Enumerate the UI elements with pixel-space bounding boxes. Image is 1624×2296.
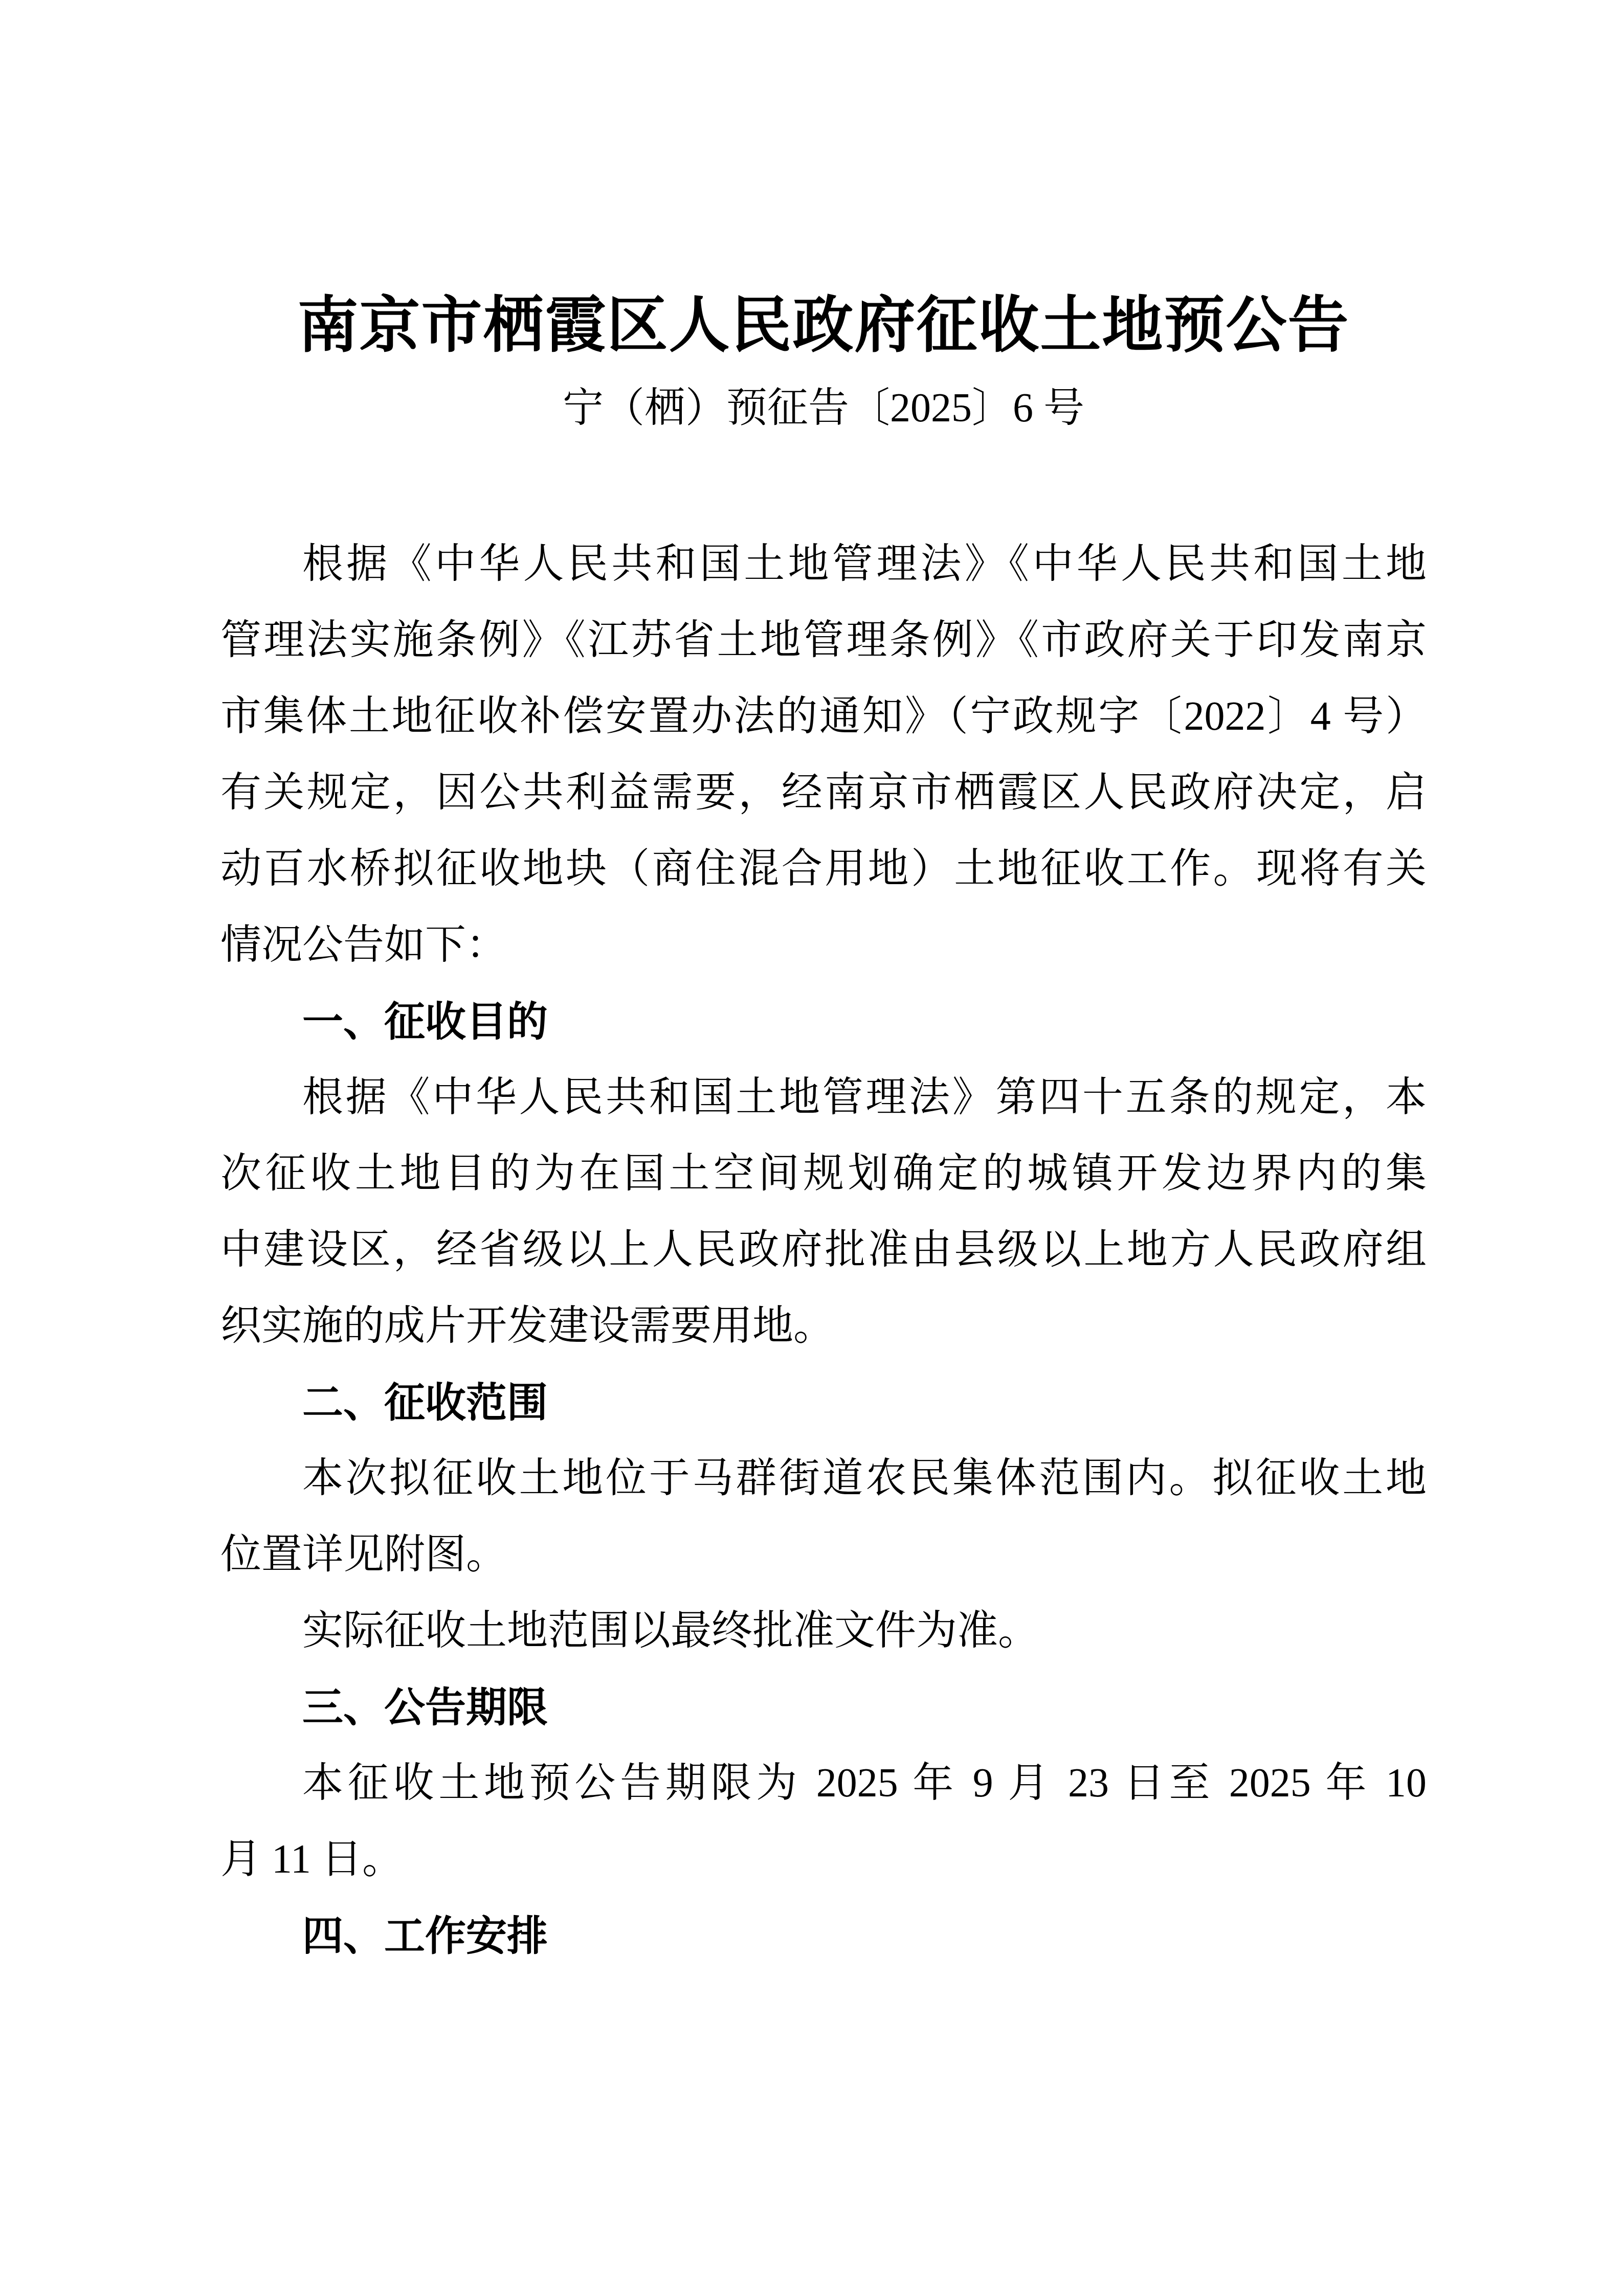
section-heading: 一、征收目的 xyxy=(220,983,1427,1060)
text-line: 中建设区，经省级以上人民政府批准由县级以上地方人民政府组 xyxy=(220,1212,1427,1288)
text-line: 市集体土地征收补偿安置办法的通知》（宁政规字〔2022〕4 号） xyxy=(220,679,1427,755)
text-line: 织实施的成片开发建设需要用地。 xyxy=(220,1288,1427,1364)
text-line: 次征收土地目的为在国土空间规划确定的城镇开发边界内的集 xyxy=(220,1136,1427,1212)
section-heading: 二、征收范围 xyxy=(220,1364,1427,1440)
document-page: 南京市栖霞区人民政府征收土地预公告 宁（栖）预征告〔2025〕6 号 根据《中华… xyxy=(0,0,1624,2296)
document-number: 宁（栖）预征告〔2025〕6 号 xyxy=(220,384,1427,433)
paragraph: 本征收土地预公告期限为 2025 年 9 月 23 日至 2025 年 10月 … xyxy=(220,1745,1427,1898)
text-line: 动百水桥拟征收地块（商住混合用地）土地征收工作。现将有关 xyxy=(220,831,1427,907)
section-heading: 四、工作安排 xyxy=(220,1898,1427,1974)
paragraph: 实际征收土地范围以最终批准文件为准。 xyxy=(220,1593,1427,1669)
text-line: 根据《中华人民共和国土地管理法》《中华人民共和国土地 xyxy=(220,526,1427,602)
text-line: 本征收土地预公告期限为 2025 年 9 月 23 日至 2025 年 10 xyxy=(220,1745,1427,1821)
text-line: 位置详见附图。 xyxy=(220,1517,1427,1593)
paragraph: 根据《中华人民共和国土地管理法》第四十五条的规定，本次征收土地目的为在国土空间规… xyxy=(220,1060,1427,1364)
paragraph: 根据《中华人民共和国土地管理法》《中华人民共和国土地管理法实施条例》《江苏省土地… xyxy=(220,526,1427,983)
text-line: 管理法实施条例》《江苏省土地管理条例》《市政府关于印发南京 xyxy=(220,602,1427,679)
text-line: 实际征收土地范围以最终批准文件为准。 xyxy=(220,1593,1427,1669)
text-line: 有关规定，因公共利益需要，经南京市栖霞区人民政府决定，启 xyxy=(220,755,1427,831)
text-line: 根据《中华人民共和国土地管理法》第四十五条的规定，本 xyxy=(220,1060,1427,1136)
text-line: 月 11 日。 xyxy=(220,1821,1427,1898)
paragraph: 本次拟征收土地位于马群街道农民集体范围内。拟征收土地位置详见附图。 xyxy=(220,1440,1427,1593)
document-body: 根据《中华人民共和国土地管理法》《中华人民共和国土地管理法实施条例》《江苏省土地… xyxy=(220,526,1427,1974)
text-line: 本次拟征收土地位于马群街道农民集体范围内。拟征收土地 xyxy=(220,1440,1427,1517)
section-heading: 三、公告期限 xyxy=(220,1669,1427,1745)
text-line: 情况公告如下： xyxy=(220,907,1427,983)
document-title: 南京市栖霞区人民政府征收土地预公告 xyxy=(220,0,1427,359)
